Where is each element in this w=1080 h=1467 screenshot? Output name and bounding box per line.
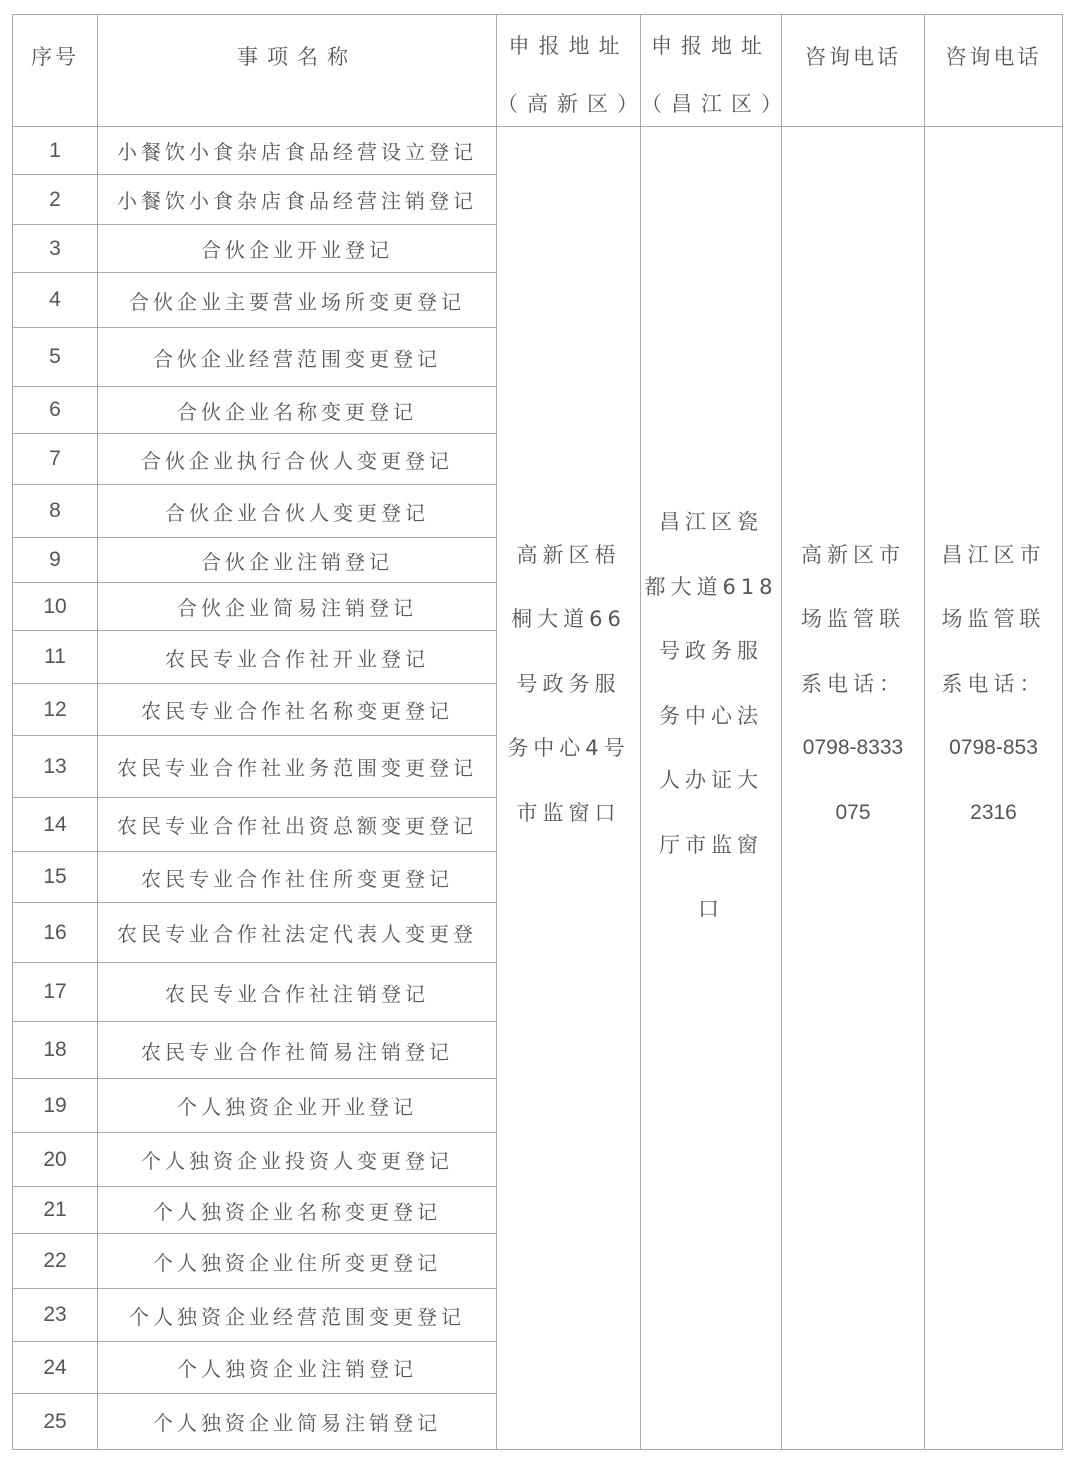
row-item-name: 合伙企业合伙人变更登记 bbox=[98, 485, 497, 538]
row-index: 6 bbox=[13, 387, 98, 434]
header-phone-gaoxin: 咨询电话 bbox=[782, 15, 925, 127]
address-gaoxin-line: 号政务服 bbox=[517, 652, 621, 717]
header-index: 序号 bbox=[13, 15, 98, 127]
row-item-name: 农民专业合作社名称变更登记 bbox=[98, 684, 497, 736]
phone-gaoxin-line: 高新区市 bbox=[801, 523, 905, 588]
address-gaoxin-line: 桐大道66 bbox=[511, 587, 626, 652]
header-address-gaoxin: 申报地址 （高新区） bbox=[497, 15, 641, 127]
row-index: 5 bbox=[13, 328, 98, 387]
phone-gaoxin-line: 系电话： bbox=[801, 652, 905, 717]
phone-changjiang-number: 0798-853 bbox=[949, 716, 1038, 781]
row-item-name: 合伙企业执行合伙人变更登记 bbox=[98, 434, 497, 485]
row-index: 16 bbox=[13, 903, 98, 963]
row-index: 21 bbox=[13, 1187, 98, 1234]
phone-changjiang-cell: 昌江区市 场监管联 系电话： 0798-853 2316 bbox=[925, 127, 1063, 1450]
row-item-name: 合伙企业开业登记 bbox=[98, 225, 497, 273]
row-item-name: 合伙企业主要营业场所变更登记 bbox=[98, 273, 497, 328]
row-index: 11 bbox=[13, 631, 98, 684]
row-index: 17 bbox=[13, 963, 98, 1022]
row-item-name: 合伙企业经营范围变更登记 bbox=[98, 328, 497, 387]
row-index: 4 bbox=[13, 273, 98, 328]
row-item-name: 个人独资企业住所变更登记 bbox=[98, 1234, 497, 1289]
row-item-name: 个人独资企业开业登记 bbox=[98, 1079, 497, 1133]
row-item-name: 农民专业合作社出资总额变更登记 bbox=[98, 798, 497, 852]
row-index: 12 bbox=[13, 684, 98, 736]
row-item-name: 合伙企业简易注销登记 bbox=[98, 583, 497, 631]
row-index: 19 bbox=[13, 1079, 98, 1133]
address-gaoxin-line: 务中心4号 bbox=[507, 716, 629, 781]
address-changjiang-line: 务中心法 bbox=[659, 684, 763, 749]
row-index: 25 bbox=[13, 1394, 98, 1450]
row-item-name: 个人独资企业名称变更登记 bbox=[98, 1187, 497, 1234]
phone-changjiang-line: 系电话： bbox=[942, 652, 1046, 717]
row-index: 13 bbox=[13, 736, 98, 798]
table-row: 1 小餐饮小食杂店食品经营设立登记 高新区梧 桐大道66 号政务服 务中心4号 … bbox=[13, 127, 1063, 175]
row-item-name: 合伙企业名称变更登记 bbox=[98, 387, 497, 434]
row-item-name: 农民专业合作社开业登记 bbox=[98, 631, 497, 684]
phone-gaoxin-line: 场监管联 bbox=[801, 587, 905, 652]
row-item-name: 合伙企业注销登记 bbox=[98, 538, 497, 583]
row-item-name: 个人独资企业投资人变更登记 bbox=[98, 1133, 497, 1187]
row-index: 23 bbox=[13, 1289, 98, 1342]
row-item-name: 个人独资企业简易注销登记 bbox=[98, 1394, 497, 1450]
row-item-name: 农民专业合作社住所变更登记 bbox=[98, 852, 497, 903]
row-index: 14 bbox=[13, 798, 98, 852]
phone-gaoxin-number: 0798-8333 bbox=[803, 716, 903, 781]
row-item-name: 小餐饮小食杂店食品经营设立登记 bbox=[98, 127, 497, 175]
row-index: 10 bbox=[13, 583, 98, 631]
header-phone-changjiang: 咨询电话 bbox=[925, 15, 1063, 127]
phone-gaoxin-cell: 高新区市 场监管联 系电话： 0798-8333 075 bbox=[782, 127, 925, 1450]
row-index: 18 bbox=[13, 1022, 98, 1079]
phone-changjiang-number-cont: 2316 bbox=[970, 781, 1017, 846]
address-changjiang-line: 厅市监窗 bbox=[659, 813, 763, 878]
row-index: 24 bbox=[13, 1342, 98, 1394]
row-index: 9 bbox=[13, 538, 98, 583]
row-item-name: 农民专业合作社简易注销登记 bbox=[98, 1022, 497, 1079]
row-item-name: 个人独资企业注销登记 bbox=[98, 1342, 497, 1394]
address-changjiang-line: 都大道618 bbox=[644, 555, 777, 620]
header-row: 序号 事项名称 申报地址 （高新区） 申报地址 （昌江区） 咨询电话 bbox=[13, 15, 1063, 127]
row-index: 8 bbox=[13, 485, 98, 538]
header-address-changjiang: 申报地址 （昌江区） bbox=[641, 15, 782, 127]
address-gaoxin-cell: 高新区梧 桐大道66 号政务服 务中心4号 市监窗口 bbox=[497, 127, 641, 1450]
address-changjiang-line: 口 bbox=[698, 877, 724, 942]
row-index: 20 bbox=[13, 1133, 98, 1187]
address-changjiang-line: 人办证大 bbox=[659, 748, 763, 813]
address-gaoxin-line: 高新区梧 bbox=[517, 523, 621, 588]
row-item-name: 农民专业合作社注销登记 bbox=[98, 963, 497, 1022]
row-item-name: 农民专业合作社法定代表人变更登 bbox=[98, 903, 497, 963]
address-changjiang-line: 号政务服 bbox=[659, 619, 763, 684]
header-item-name: 事项名称 bbox=[98, 15, 497, 127]
phone-gaoxin-number-cont: 075 bbox=[835, 781, 870, 846]
phone-changjiang-line: 场监管联 bbox=[942, 587, 1046, 652]
row-index: 3 bbox=[13, 225, 98, 273]
row-index: 1 bbox=[13, 127, 98, 175]
row-index: 15 bbox=[13, 852, 98, 903]
row-item-name: 小餐饮小食杂店食品经营注销登记 bbox=[98, 175, 497, 225]
row-item-name: 农民专业合作社业务范围变更登记 bbox=[98, 736, 497, 798]
service-items-table: 序号 事项名称 申报地址 （高新区） 申报地址 （昌江区） 咨询电话 bbox=[12, 14, 1063, 1450]
row-index: 2 bbox=[13, 175, 98, 225]
address-gaoxin-line: 市监窗口 bbox=[517, 781, 621, 846]
row-item-name: 个人独资企业经营范围变更登记 bbox=[98, 1289, 497, 1342]
row-index: 22 bbox=[13, 1234, 98, 1289]
address-changjiang-cell: 昌江区瓷 都大道618 号政务服 务中心法 人办证大 厅市监窗 口 bbox=[641, 127, 782, 1450]
row-index: 7 bbox=[13, 434, 98, 485]
address-changjiang-line: 昌江区瓷 bbox=[659, 490, 763, 555]
phone-changjiang-line: 昌江区市 bbox=[942, 523, 1046, 588]
